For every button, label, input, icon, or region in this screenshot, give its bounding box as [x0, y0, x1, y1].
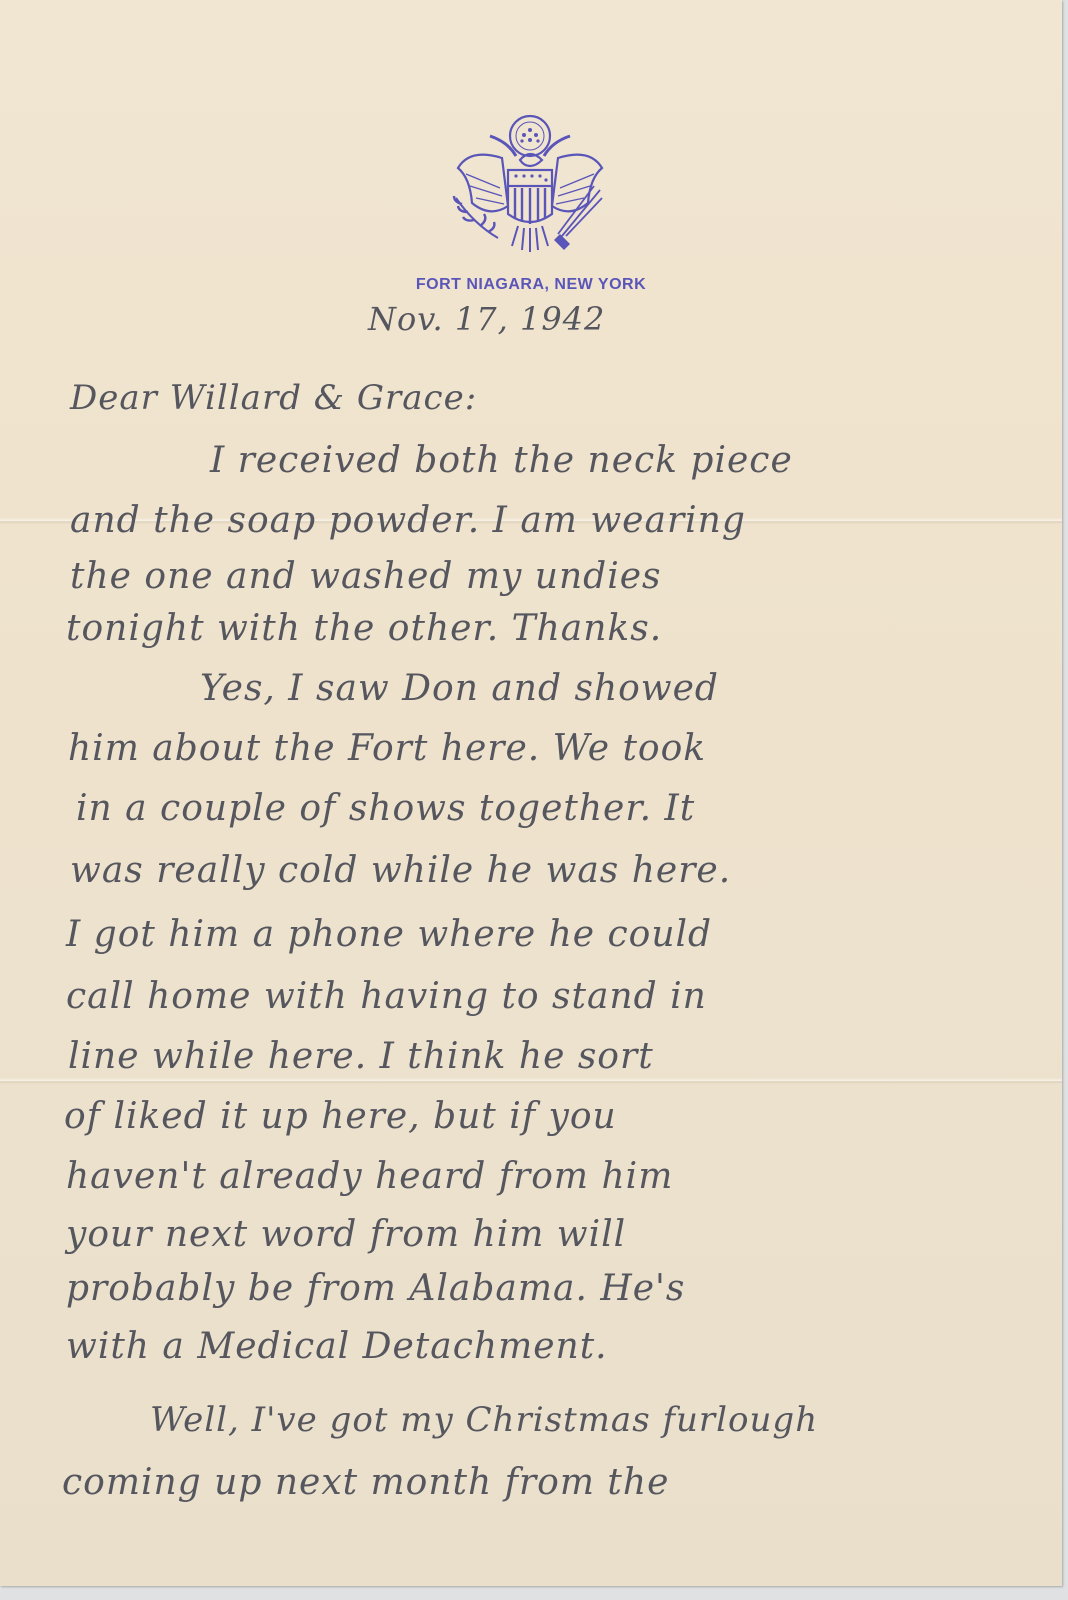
letter-line: I got him a phone where he could	[66, 914, 712, 955]
letter-line: him about the Fort here. We took	[68, 728, 706, 769]
letter-line: and the soap powder. I am wearing	[70, 500, 746, 541]
letterhead-location: FORT NIAGARA, NEW YORK	[0, 276, 1062, 294]
paper-fold-lower	[0, 1078, 1062, 1084]
letter-line: was really cold while he was here.	[70, 850, 731, 891]
letter-line: Well, I've got my Christmas furlough	[150, 1400, 818, 1440]
letter-line: of liked it up here, but if you	[64, 1096, 617, 1137]
salutation: Dear Willard & Grace:	[70, 378, 477, 418]
letter-line: I received both the neck piece	[210, 440, 793, 481]
letter-line: in a couple of shows together. It	[76, 788, 695, 829]
letter-line: Yes, I saw Don and showed	[200, 668, 719, 709]
letter-line: coming up next month from the	[62, 1462, 669, 1503]
letter-line: tonight with the other. Thanks.	[66, 608, 662, 649]
letter-paper: FORT NIAGARA, NEW YORK Nov. 17, 1942 Dea…	[0, 0, 1062, 1586]
letter-line: with a Medical Detachment.	[66, 1326, 608, 1367]
letter-date: Nov. 17, 1942	[368, 300, 605, 338]
letter-line: your next word from him will	[66, 1214, 626, 1255]
great-seal-eagle-icon	[450, 108, 610, 260]
letter-line: call home with having to stand in	[66, 976, 707, 1017]
letter-line: the one and washed my undies	[70, 556, 662, 597]
letter-line: probably be from Alabama. He's	[66, 1268, 685, 1309]
letter-line: line while here. I think he sort	[68, 1036, 654, 1077]
letter-line: haven't already heard from him	[66, 1156, 673, 1197]
